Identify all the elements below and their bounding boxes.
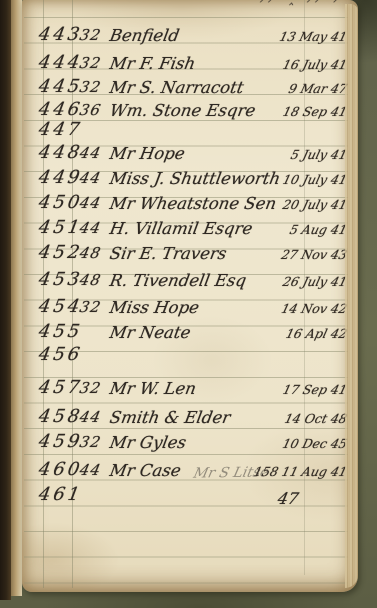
ledger-entries: 443 32 Benfield 13 May 41 444 32 Mr F. F… [22,0,358,592]
entry-number: 459 [37,431,84,452]
entry-date-text: 13 May 41 [278,29,349,44]
entry-size: 48 [78,271,103,289]
entry-number: 452 [37,242,84,263]
entry-note: 47 [276,489,300,508]
entry-date: 17 Sep 41 [248,382,349,397]
entry-size: 32 [78,379,103,397]
book-binding-edge [0,0,11,600]
ledger-row: 450 44 Mr Wheatstone Sen 20 July 41 [22,184,346,211]
page-stack-edge-left [11,0,22,596]
entry-size: 32 [78,433,103,451]
ledger-page: ⁄⁄ ‸ ⁄⁄ ⁄ 443 32 Benfield 13 May 41 444 … [22,0,358,592]
entry-date-text: 17 Sep 41 [281,382,348,397]
entry-name: Benfield [108,26,180,45]
ledger-row: 448 44 Mr Hope 5 July 41 [22,134,346,161]
entry-date-text: 26 July 41 [281,274,349,289]
entry-date: 10 Dec 45 [248,436,349,451]
ledger-row: 453 48 R. Tivendell Esq 26 July 41 [22,261,346,288]
ledger-row: 449 44 Miss J. Shuttleworth 10 July 41 [22,159,346,186]
entry-date-text: 27 Nov 43 [280,247,349,262]
ledger-row: 460 44 Mr Case Mr S Litse 15811 Aug 41 [22,451,346,478]
entry-number: 443 [37,24,84,45]
entry-number: 453 [37,269,84,290]
ledger-row: 452 48 Sir E. Travers 27 Nov 43 [22,234,346,261]
ledger-row: 444 32 Mr F. Fish 16 July 41 [22,44,346,71]
entry-size: 32 [78,26,103,44]
ledger-row: 451 44 H. Villamil Esqre 5 Aug 41 [22,209,346,236]
entry-number: 461 [37,484,84,505]
entry-name: Mr Gyles [108,433,187,452]
ledger-row: 459 32 Mr Gyles 10 Dec 45 [22,423,346,450]
ledger-row: 443 32 Benfield 13 May 41 [22,16,346,43]
ledger-row: 457 32 Mr W. Len 17 Sep 41 [22,369,346,396]
entry-number: 457 [37,377,84,398]
entry-date: 27 Nov 43 [248,247,349,262]
ledger-row: 456 [22,336,346,363]
entry-size: 48 [78,244,103,262]
ledger-row: 454 32 Miss Hope 14 Nov 42 [22,288,346,315]
ledger-row: 458 44 Smith & Elder 14 Oct 48 [22,398,346,425]
entry-date: 13 May 41 [248,29,349,44]
page-stack-edge-right [345,4,358,588]
entry-number: 456 [37,344,84,365]
ledger-row: 461 47 [22,476,346,503]
entry-date: 26 July 41 [248,274,349,289]
entry-name: Mr W. Len [108,379,197,398]
entry-date-text: 10 Dec 45 [281,436,349,451]
photo-background: ⁄⁄ ‸ ⁄⁄ ⁄ 443 32 Benfield 13 May 41 444 … [0,0,377,608]
